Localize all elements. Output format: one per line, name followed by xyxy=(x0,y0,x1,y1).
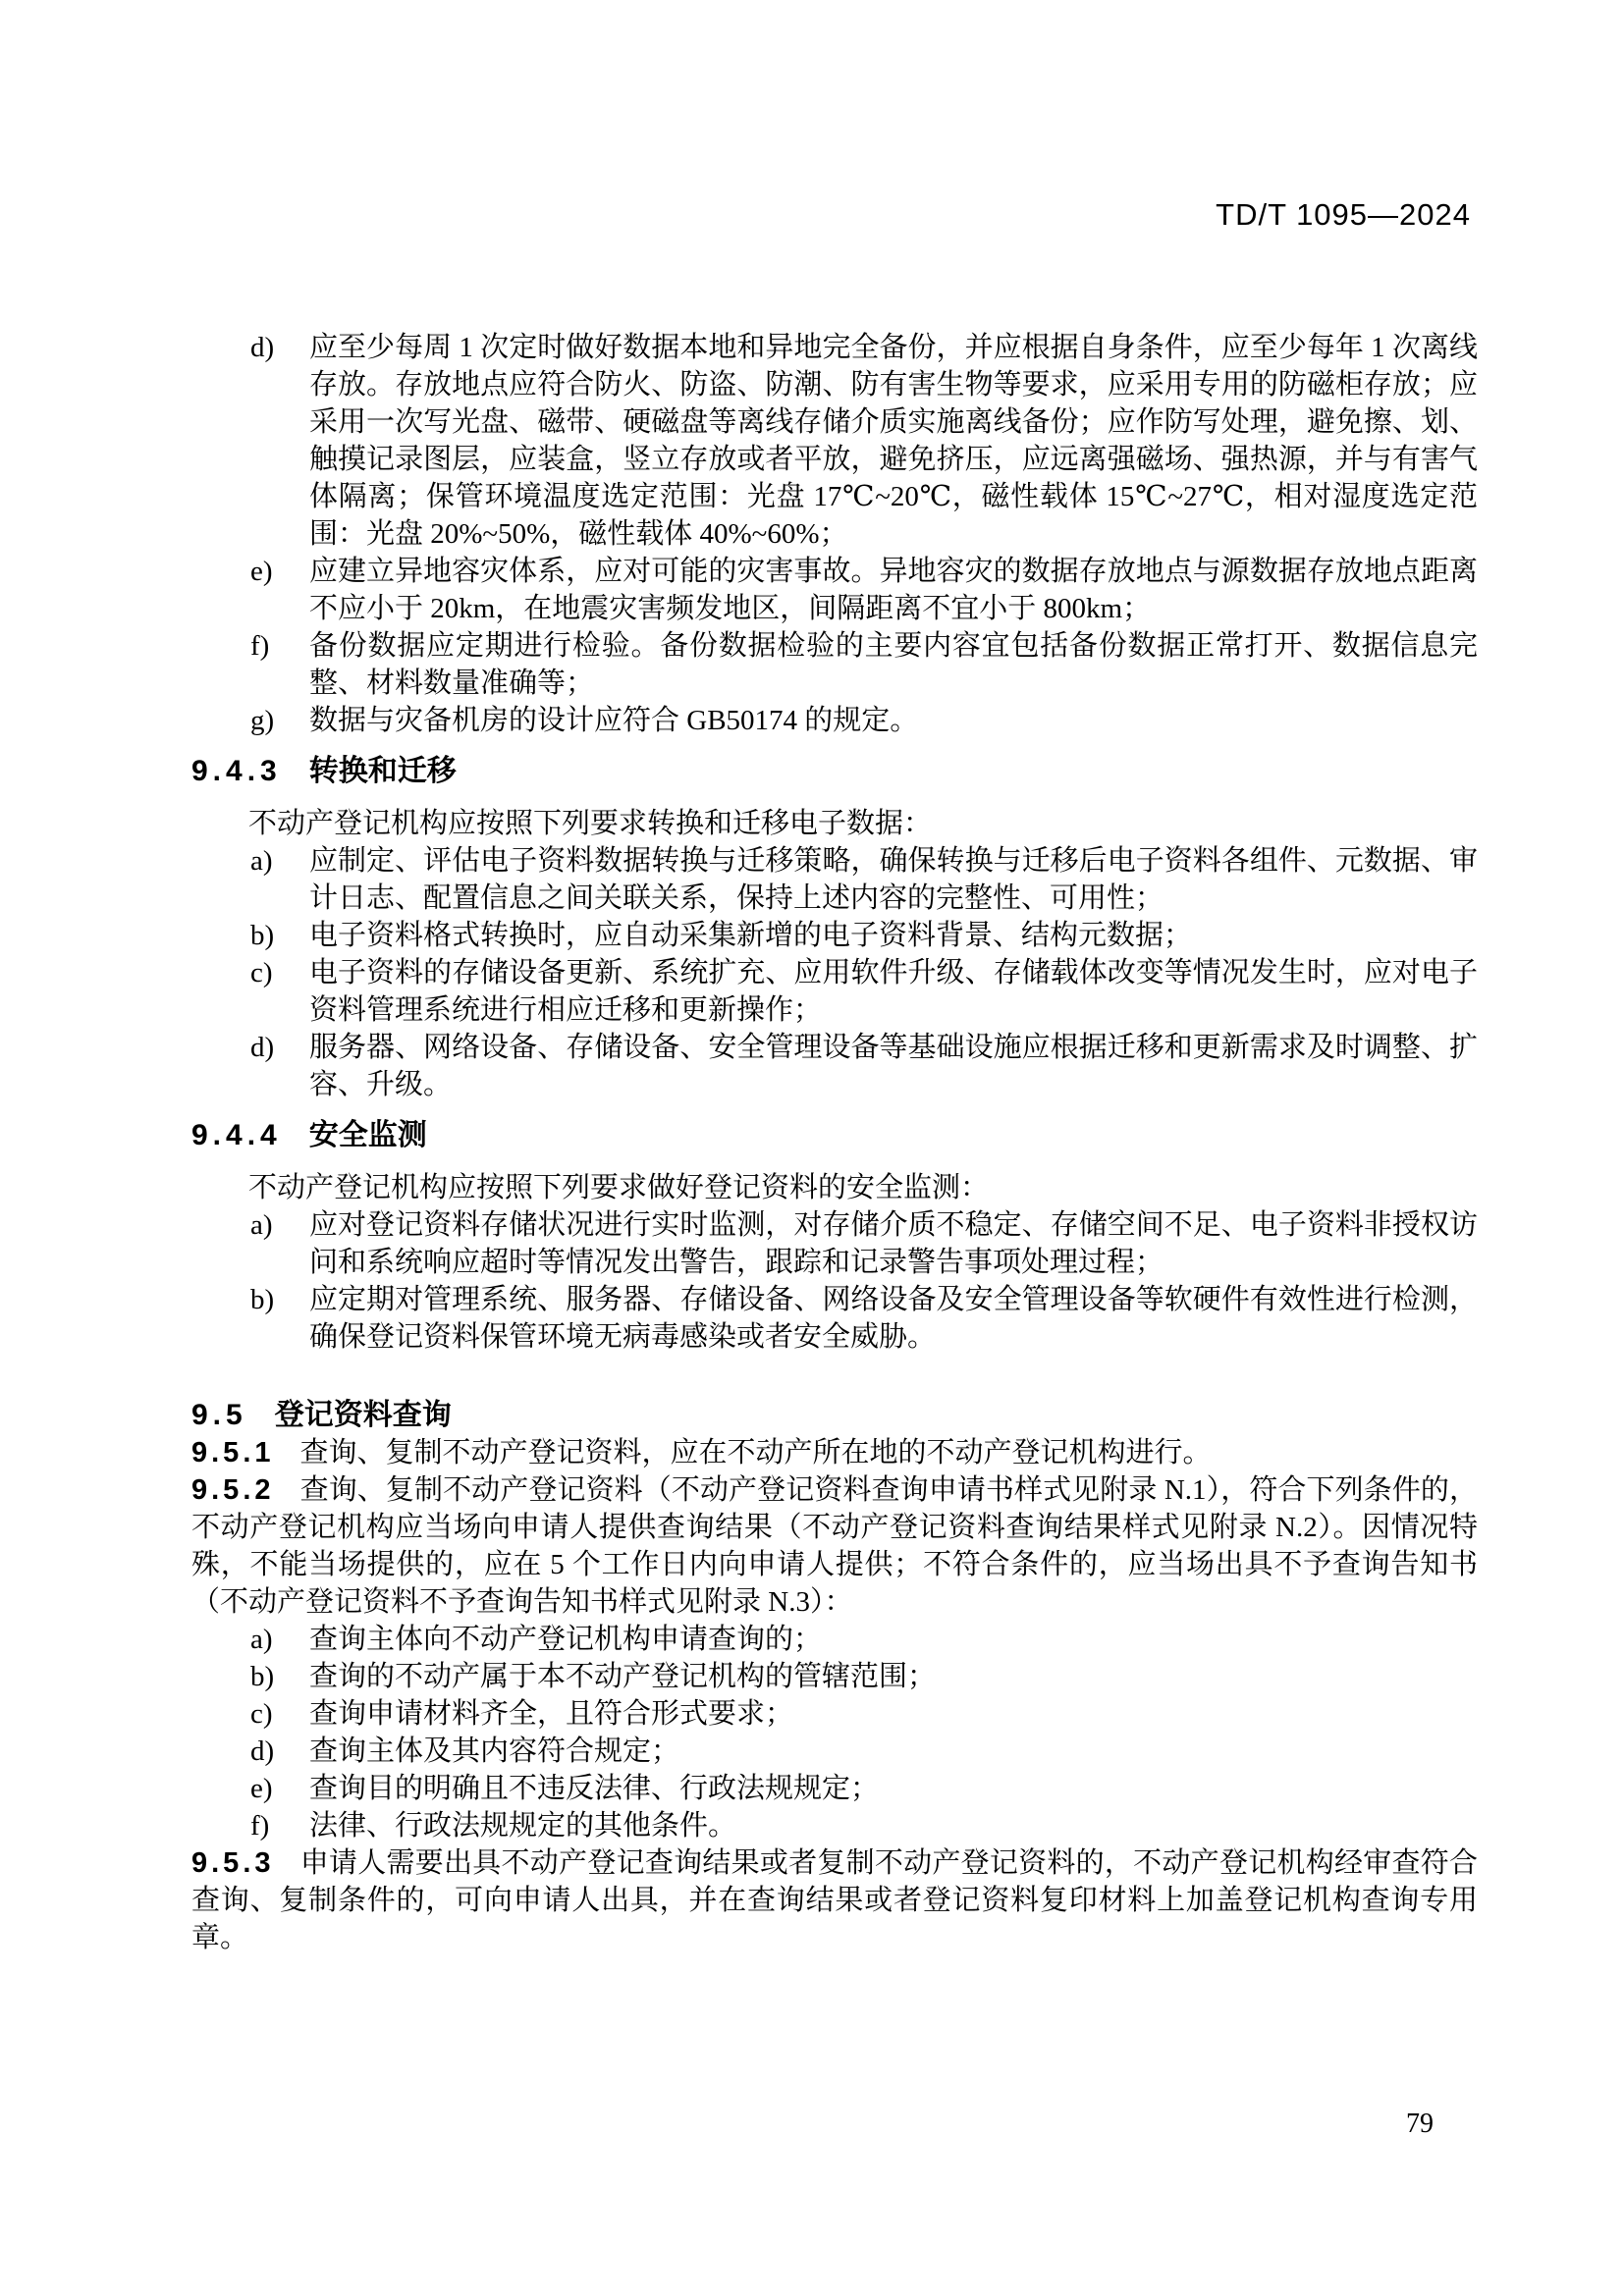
list-item-text: 应对登记资料存储状况进行实时监测，对存储介质不稳定、存储空间不足、电子资料非授权… xyxy=(309,1209,1478,1278)
list-item-marker: a) xyxy=(250,1621,273,1658)
list-item-text: 备份数据应定期进行检验。备份数据检验的主要内容宜包括备份数据正常打开、数据信息完… xyxy=(309,630,1478,699)
document-page: TD/T 1095—2024 d) 应至少每周 1 次定时做好数据本地和异地完全… xyxy=(0,0,1624,2296)
list-item-marker: f) xyxy=(250,1807,269,1844)
page-content: d) 应至少每周 1 次定时做好数据本地和异地完全备份，并应根据自身条件，应至少… xyxy=(191,329,1478,1956)
list-conversion-migration: a) 应制定、评估电子资料数据转换与迁移策略，确保转换与迁移后电子资料各组件、元… xyxy=(191,842,1478,1103)
list-item-text: 电子资料格式转换时，应自动采集新增的电子资料背景、结构元数据； xyxy=(309,920,1192,951)
list-item-text: 查询申请材料齐全，且符合形式要求； xyxy=(309,1698,793,1730)
list-item: c) 查询申请材料齐全，且符合形式要求； xyxy=(191,1695,1478,1733)
section-intro: 不动产登记机构应按照下列要求转换和迁移电子数据： xyxy=(191,805,1478,842)
list-item: f) 备份数据应定期进行检验。备份数据检验的主要内容宜包括备份数据正常打开、数据… xyxy=(191,627,1478,702)
doc-code-header: TD/T 1095—2024 xyxy=(1216,197,1471,233)
list-item: d) 应至少每周 1 次定时做好数据本地和异地完全备份，并应根据自身条件，应至少… xyxy=(191,329,1478,553)
section-title: 转换和迁移 xyxy=(309,755,457,787)
section-title: 登记资料查询 xyxy=(275,1399,452,1431)
section-intro: 不动产登记机构应按照下列要求做好登记资料的安全监测： xyxy=(191,1169,1478,1206)
section-heading-9-4-3: 9.4.3转换和迁移 xyxy=(191,753,1478,790)
list-item: a) 应对登记资料存储状况进行实时监测，对存储介质不稳定、存储空间不足、电子资料… xyxy=(191,1206,1478,1281)
list-item-text: 查询主体向不动产登记机构申请查询的； xyxy=(309,1624,822,1655)
list-item: d) 服务器、网络设备、存储设备、安全管理设备等基础设施应根据迁移和更新需求及时… xyxy=(191,1029,1478,1103)
list-item: f) 法律、行政法规规定的其他条件。 xyxy=(191,1807,1478,1844)
list-item: a) 查询主体向不动产登记机构申请查询的； xyxy=(191,1621,1478,1658)
list-item-text: 查询目的明确且不违反法律、行政法规规定； xyxy=(309,1773,879,1804)
list-item-text: 查询的不动产属于本不动产登记机构的管辖范围； xyxy=(309,1661,936,1692)
list-item-text: 法律、行政法规规定的其他条件。 xyxy=(309,1810,736,1842)
list-item: c) 电子资料的存储设备更新、系统扩充、应用软件升级、存储载体改变等情况发生时，… xyxy=(191,954,1478,1029)
list-item-marker: d) xyxy=(250,1733,274,1770)
clause-9-5-2: 9.5.2查询、复制不动产登记资料（不动产登记资料查询申请书样式见附录 N.1）… xyxy=(191,1471,1478,1621)
list-item-text: 应建立异地容灾体系，应对可能的灾害事故。异地容灾的数据存放地点与源数据存放地点距… xyxy=(309,556,1478,624)
list-item-marker: g) xyxy=(250,702,274,739)
clause-text: 查询、复制不动产登记资料，应在不动产所在地的不动产登记机构进行。 xyxy=(300,1437,1212,1468)
list-item-marker: b) xyxy=(250,1281,274,1318)
list-item: b) 电子资料格式转换时，应自动采集新增的电子资料背景、结构元数据； xyxy=(191,917,1478,954)
list-item-marker: b) xyxy=(250,1658,274,1695)
list-item-marker: a) xyxy=(250,842,273,880)
list-item-marker: d) xyxy=(250,329,274,366)
list-item-text: 电子资料的存储设备更新、系统扩充、应用软件升级、存储载体改变等情况发生时，应对电… xyxy=(309,957,1478,1026)
clause-9-5-1: 9.5.1查询、复制不动产登记资料，应在不动产所在地的不动产登记机构进行。 xyxy=(191,1434,1478,1471)
list-backup-requirements: d) 应至少每周 1 次定时做好数据本地和异地完全备份，并应根据自身条件，应至少… xyxy=(191,329,1478,739)
clause-text: 申请人需要出具不动产登记查询结果或者复制不动产登记资料的，不动产登记机构经审查符… xyxy=(191,1847,1478,1953)
page-number: 79 xyxy=(1406,2109,1434,2140)
list-item-marker: c) xyxy=(250,954,273,991)
list-item-marker: b) xyxy=(250,917,274,954)
list-security-monitoring: a) 应对登记资料存储状况进行实时监测，对存储介质不稳定、存储空间不足、电子资料… xyxy=(191,1206,1478,1356)
list-item-text: 查询主体及其内容符合规定； xyxy=(309,1735,679,1767)
list-item: b) 应定期对管理系统、服务器、存储设备、网络设备及安全管理设备等软硬件有效性进… xyxy=(191,1281,1478,1356)
section-number: 9.5 xyxy=(191,1399,247,1431)
list-item-text: 服务器、网络设备、存储设备、安全管理设备等基础设施应根据迁移和更新需求及时调整、… xyxy=(309,1032,1478,1100)
list-item-marker: c) xyxy=(250,1695,273,1733)
list-item-text: 数据与灾备机房的设计应符合 GB50174 的规定。 xyxy=(309,705,918,736)
list-item-text: 应至少每周 1 次定时做好数据本地和异地完全备份，并应根据自身条件，应至少每年 … xyxy=(309,332,1478,550)
section-number: 9.4.3 xyxy=(191,755,282,787)
clause-9-5-3: 9.5.3申请人需要出具不动产登记查询结果或者复制不动产登记资料的，不动产登记机… xyxy=(191,1844,1478,1956)
list-item-marker: f) xyxy=(250,627,269,665)
section-title: 安全监测 xyxy=(309,1119,427,1151)
clause-number: 9.5.3 xyxy=(191,1847,275,1879)
section-heading-9-4-4: 9.4.4安全监测 xyxy=(191,1117,1478,1154)
list-item: a) 应制定、评估电子资料数据转换与迁移策略，确保转换与迁移后电子资料各组件、元… xyxy=(191,842,1478,917)
clause-number: 9.5.2 xyxy=(191,1474,275,1506)
list-item: e) 查询目的明确且不违反法律、行政法规规定； xyxy=(191,1770,1478,1807)
list-item: e) 应建立异地容灾体系，应对可能的灾害事故。异地容灾的数据存放地点与源数据存放… xyxy=(191,553,1478,627)
list-item-text: 应制定、评估电子资料数据转换与迁移策略，确保转换与迁移后电子资料各组件、元数据、… xyxy=(309,845,1478,914)
list-item-marker: e) xyxy=(250,553,273,590)
list-query-conditions: a) 查询主体向不动产登记机构申请查询的； b) 查询的不动产属于本不动产登记机… xyxy=(191,1621,1478,1844)
list-item-marker: d) xyxy=(250,1029,274,1066)
list-item-text: 应定期对管理系统、服务器、存储设备、网络设备及安全管理设备等软硬件有效性进行检测… xyxy=(309,1284,1478,1353)
list-item: g) 数据与灾备机房的设计应符合 GB50174 的规定。 xyxy=(191,702,1478,739)
clause-number: 9.5.1 xyxy=(191,1437,275,1468)
list-item-marker: a) xyxy=(250,1206,273,1244)
list-item-marker: e) xyxy=(250,1770,273,1807)
section-heading-9-5: 9.5登记资料查询 xyxy=(191,1397,1478,1434)
clause-text: 查询、复制不动产登记资料（不动产登记资料查询申请书样式见附录 N.1），符合下列… xyxy=(191,1474,1478,1618)
list-item: b) 查询的不动产属于本不动产登记机构的管辖范围； xyxy=(191,1658,1478,1695)
list-item: d) 查询主体及其内容符合规定； xyxy=(191,1733,1478,1770)
section-number: 9.4.4 xyxy=(191,1119,282,1151)
